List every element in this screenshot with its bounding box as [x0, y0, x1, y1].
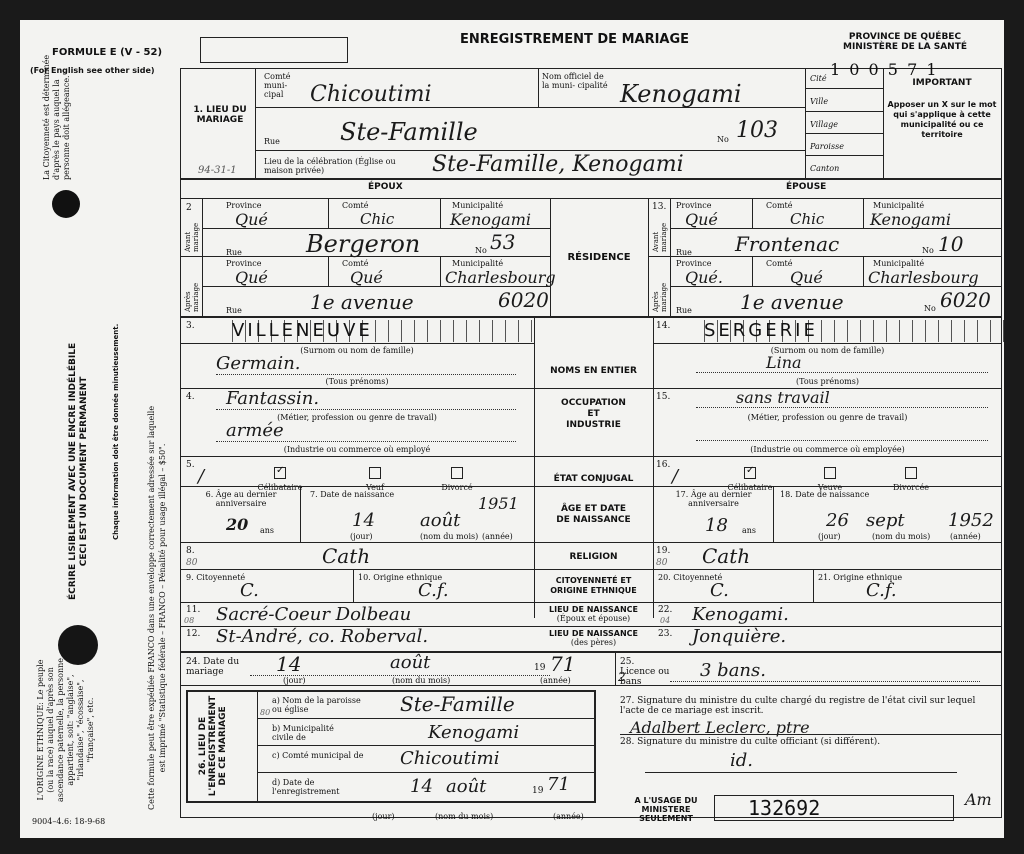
epoux-age-label: 6. Âge au dernier anniversaire [186, 490, 296, 508]
citoyennete-label-1: CITOYENNETÉ ET [534, 576, 653, 586]
checkbox-divorcee[interactable] [905, 467, 917, 479]
date-enregistrement-label: d) Date de l'enregistrement [272, 778, 348, 796]
etat-label: ÉTAT CONJUGAL [534, 474, 653, 484]
date-label: Date de naissance [320, 490, 394, 499]
avant-mariage-label: Avant mariage [184, 212, 200, 252]
epoux-birth-day[interactable]: 14 [352, 510, 375, 531]
divider [805, 88, 883, 89]
divider [805, 155, 883, 156]
type-cite[interactable]: Cité [810, 74, 827, 83]
marriage-registration-form: FORMULE E (V - 52) (For English see othe… [20, 20, 1004, 838]
signature-27-label: 27. Signature du ministre du culte charg… [620, 696, 990, 716]
divider [670, 228, 1002, 229]
checkbox-celibataire[interactable]: ✓ [274, 467, 286, 479]
important-title: IMPORTANT [886, 78, 998, 88]
epouse-lieu-peres[interactable]: Jonquière. [692, 626, 786, 647]
naissance-label: ÂGE ET DATE DE NAISSANCE [534, 504, 653, 526]
epoux-cit-label: 9. Citoyenneté [186, 573, 245, 582]
epoux-avant-comte[interactable]: Chic [360, 210, 394, 228]
epoux-apres-province[interactable]: Qué [235, 268, 268, 287]
comte-value[interactable]: Chicoutimi [310, 82, 432, 107]
epoux-etat-number: 5. [186, 460, 195, 470]
ministere-number: 132692 [748, 796, 820, 820]
epouse-apres-rue[interactable]: 1e avenue [740, 290, 844, 314]
punch-hole-top [52, 190, 80, 218]
divider [180, 316, 1002, 318]
epouse-header: ÉPOUSE [786, 182, 826, 192]
epouse-origine[interactable]: C.f. [866, 580, 897, 601]
divider [805, 68, 806, 178]
divider [257, 745, 596, 746]
epouse-etat-mark: / [672, 466, 678, 487]
divider [300, 486, 301, 542]
epoux-avant-rue[interactable]: Bergeron [306, 230, 420, 258]
divider [863, 256, 864, 286]
option-label: Divorcée [883, 483, 939, 492]
registre-code: 80 [260, 708, 270, 717]
epouse-etat-number: 16. [656, 460, 670, 470]
divider [538, 68, 539, 107]
epouse-lieu-code: 04 [660, 616, 670, 625]
epoux-metier[interactable]: Fantassin. [216, 388, 516, 410]
epouse-names-number: 14. [656, 321, 670, 331]
comte-label: Comté [766, 259, 792, 268]
epouse-option-veuve: Veuve [805, 464, 855, 492]
enregistrement-year[interactable]: 71 [547, 774, 570, 795]
lieu-naissance-label: LIEU DE NAISSANCE [534, 605, 653, 614]
mois-caption: (nom du mois) [392, 676, 450, 685]
province-label: Province [226, 259, 261, 268]
epoux-birth-month[interactable]: août [420, 510, 460, 531]
industrie-caption: (Industrie ou commerce où employée) [653, 445, 1002, 454]
epouse-option-divorcee: Divorcée [883, 464, 939, 492]
divider [752, 256, 753, 286]
divider [440, 198, 441, 228]
ink-note: ÉCRIRE LISIBLEMENT AVEC UNE ENCRE INDÉLÉ… [68, 343, 90, 600]
epoux-lieu-code: 08 [184, 616, 194, 625]
franco-line-1: Cette formule peut être expédiée FRANCO … [146, 406, 157, 810]
cit-label: Citoyenneté [196, 573, 245, 582]
divider [353, 569, 354, 602]
divider [752, 198, 753, 228]
form-title: ENREGISTREMENT DE MARIAGE [460, 32, 689, 47]
annee-caption: (année) [950, 532, 981, 541]
celebration-label: Lieu de la célébration (Église ou maison… [264, 157, 424, 175]
occupation-label: OCCUPATION ET INDUSTRIE [534, 398, 653, 431]
epouse-occupation-number: 15. [656, 392, 670, 402]
divider [615, 653, 616, 685]
age-label: Âge au dernier anniversaire [216, 490, 277, 508]
option-label: Divorcé [432, 483, 482, 492]
epouse-avant-no[interactable]: 10 [938, 232, 963, 256]
divider [180, 685, 1002, 686]
epoux-surname[interactable]: VILLENEUVE [232, 320, 373, 341]
type-ville[interactable]: Ville [810, 97, 828, 106]
divider [645, 772, 957, 773]
epouse-residence-number: 13. [652, 202, 666, 212]
residence-label: RÉSIDENCE [550, 252, 648, 263]
rue-label: Rue [676, 248, 692, 257]
lieu-naissance-label: LIEU DE NAISSANCE [534, 629, 653, 638]
no-label: No [717, 135, 729, 144]
municipalite-label: Municipalité [873, 201, 924, 210]
epoux-citoyennete[interactable]: C. [240, 580, 259, 601]
epoux-lieu-number: 11. [186, 605, 200, 615]
divider [180, 198, 1002, 199]
item-number: 10. [358, 573, 371, 582]
enregistrement-month[interactable]: août [446, 776, 486, 797]
divider [180, 343, 534, 344]
registre-side-label: 26. LIEU DE L'ENREGISTREMENT DE CE MARIA… [198, 692, 228, 800]
epouse-option-celibataire: ✓ Célibataire [720, 464, 780, 492]
jour-caption: (jour) [818, 532, 841, 541]
epoux-option-veuf: Veuf [350, 464, 400, 492]
epoux-apres-comte[interactable]: Qué [350, 268, 383, 287]
divider [670, 198, 671, 316]
epouse-given[interactable]: Lina [696, 353, 988, 373]
epouse-apres-province[interactable]: Qué. [685, 268, 723, 287]
divider [883, 68, 884, 178]
citoyennete-label: CITOYENNETÉ ET ORIGINE ETHNIQUE [534, 576, 653, 596]
important-text: Apposer un X sur le mot qui s'applique à… [886, 100, 998, 140]
nom-officiel-label: Nom officiel de la muni- cipalité [542, 72, 608, 90]
epoux-date-label: 7. Date de naissance [310, 490, 394, 499]
blank-box [200, 37, 348, 63]
divider [180, 486, 1002, 487]
citizenship-note: La Citoyenneté est déterminée d'après le… [42, 40, 72, 180]
epouse-industrie[interactable] [696, 430, 988, 441]
municipalite-civile-value[interactable]: Kenogami [428, 722, 519, 743]
divider [773, 486, 774, 542]
side-number: 94-31-1 [198, 165, 237, 176]
licence-code: 2 [618, 670, 626, 684]
comte-label: Comté [766, 201, 792, 210]
lieu-naissance-epoux-label: LIEU DE NAISSANCE (Époux et épouse) [534, 605, 653, 623]
epoux-lieu-peres[interactable]: St-André, co. Roberval. [216, 626, 428, 647]
epouse-apres-comte[interactable]: Qué [790, 268, 823, 287]
epoux-names-number: 3. [186, 321, 195, 331]
occupation-label-3: INDUSTRIE [534, 420, 653, 431]
epouse-avant-municipalite[interactable]: Kenogami [870, 210, 951, 229]
comte-label: Comté [342, 201, 368, 210]
checkbox-celibataire[interactable]: ✓ [744, 467, 756, 479]
municipalite-label: Municipalité [873, 259, 924, 268]
divider [180, 178, 1002, 180]
annee-caption: (année) [540, 676, 571, 685]
epoux-birth-year[interactable]: 1951 [478, 494, 519, 513]
licence-label: 25. Licence ou bans [620, 657, 670, 687]
lieu-label: 1. LIEU DU MARIAGE [185, 105, 255, 125]
mois-caption: (nom du mois) [872, 532, 930, 541]
epoux-option-celibataire: ✓ Célibataire [250, 464, 310, 492]
epouse-citoyennete[interactable]: C. [710, 580, 729, 601]
apres-mariage-label: Après mariage [184, 262, 200, 312]
rue-label: Rue [264, 137, 280, 146]
item-number: 21. [818, 573, 831, 582]
origin-note: L'ORIGINE ETHNIQUE: Le peuple (ou la rac… [36, 655, 96, 805]
jour-caption: (jour) [283, 676, 306, 685]
epouse-lieu-naissance[interactable]: Kenogami. [692, 604, 789, 625]
epoux-age[interactable]: 20 [226, 515, 248, 534]
epoux-religion-number: 8. [186, 546, 195, 556]
type-village[interactable]: Village [810, 120, 838, 129]
epoux-origine[interactable]: C.f. [418, 580, 449, 601]
epouse-avant-province[interactable]: Qué [685, 210, 718, 229]
no-label: No [475, 246, 487, 255]
annee-caption: (année) [482, 532, 513, 541]
epouse-birth-year[interactable]: 1952 [948, 510, 994, 531]
epoux-avant-municipalite[interactable]: Kenogami [450, 210, 531, 229]
divider [257, 718, 596, 719]
date-mariage-year[interactable]: 71 [550, 652, 575, 676]
checkbox-veuf[interactable] [369, 467, 381, 479]
ministere-initials: Am [965, 790, 992, 809]
divider [255, 150, 805, 151]
no-label: No [924, 304, 936, 313]
divider [180, 651, 1002, 653]
epouse-religion[interactable]: Cath [702, 544, 750, 568]
item-number: 18. [780, 490, 793, 499]
province-label: Province [676, 259, 711, 268]
divider [257, 772, 596, 773]
apres-mariage-label: Après mariage [652, 262, 668, 312]
epoux-given[interactable]: Germain. [216, 353, 516, 375]
epoux-etat-mark: / [198, 466, 204, 487]
celebration-value[interactable]: Ste-Famille, Kenogami [432, 152, 684, 177]
epoux-lieu-naissance[interactable]: Sacré-Coeur Dolbeau [216, 604, 411, 625]
epoux-peres-number: 12. [186, 629, 200, 639]
municipalite-label: Municipalité [452, 259, 503, 268]
ans-label: ans [260, 526, 274, 535]
epouse-metier[interactable]: sans travail [696, 388, 988, 408]
divider [620, 734, 1002, 735]
paroisse-label: a) Nom de la paroisse ou église [272, 696, 368, 714]
ans-label: ans [742, 526, 756, 535]
date-label: Date de naissance [795, 490, 869, 499]
municipalite-civile-label: b) Municipalité civile de [272, 724, 352, 742]
divider [653, 343, 1002, 344]
epouse-avant-comte[interactable]: Chic [790, 210, 824, 228]
item-number: 17. [676, 490, 689, 499]
comte-municipal-value[interactable]: Chicoutimi [400, 748, 499, 769]
divider [648, 198, 649, 316]
epoux-industrie[interactable]: armée [216, 420, 516, 442]
epoux-avant-no[interactable]: 53 [490, 230, 515, 254]
occupation-label-2: ET [534, 409, 653, 420]
citoyennete-label-2: ORIGINE ETHNIQUE [534, 586, 653, 596]
item-number: 20. [658, 573, 671, 582]
nom-officiel-value[interactable]: Kenogami [620, 80, 742, 108]
licence-value[interactable]: 3 bans. [670, 660, 980, 682]
divider [257, 690, 258, 803]
avant-mariage-label: Avant mariage [652, 212, 668, 252]
divider [805, 111, 883, 112]
date-mariage-century: 19 [534, 663, 545, 673]
checkbox-divorce[interactable] [451, 467, 463, 479]
date-mariage-month[interactable]: août [390, 652, 430, 673]
epouse-apres-no[interactable]: 6020 [940, 288, 991, 312]
age-label: Âge au dernier anniversaire [688, 490, 751, 508]
ink-note-line-2: CECI EST UN DOCUMENT PERMANENT [79, 343, 90, 600]
divider [863, 198, 864, 228]
epouse-religion-number: 19. [656, 546, 670, 556]
item-number: 9. [186, 573, 194, 582]
epoux-avant-province[interactable]: Qué [235, 210, 268, 229]
rue-value[interactable]: Ste-Famille [340, 118, 478, 146]
epouse-lieu-number: 22. [658, 605, 672, 615]
epouse-religion-code: 80 [656, 558, 667, 568]
jour-caption: (jour) [372, 812, 395, 821]
given-caption: (Tous prénoms) [653, 377, 1002, 386]
divider [653, 318, 654, 618]
lieu-naissance-sub: (Époux et épouse) [534, 614, 653, 623]
divider [180, 602, 1002, 603]
epoux-religion[interactable]: Cath [322, 544, 370, 568]
province-label: Province [226, 201, 261, 210]
divider [255, 68, 256, 178]
type-paroisse[interactable]: Paroisse [810, 142, 844, 151]
epoux-apres-no[interactable]: 6020 [498, 288, 549, 312]
rue-label: Rue [226, 306, 242, 315]
type-canton[interactable]: Canton [810, 164, 839, 173]
epouse-age-label: 17. Âge au dernier anniversaire [656, 490, 771, 508]
epouse-date-label: 18. Date de naissance [780, 490, 869, 499]
epoux-option-divorce: Divorcé [432, 464, 482, 492]
given-caption: (Tous prénoms) [180, 377, 534, 386]
ministere-label: A L'USAGE DU MINISTERE SEULEMENT [625, 796, 707, 823]
epouse-surname[interactable]: SERGERIE [704, 320, 818, 341]
ministry: MINISTÈRE DE LA SANTÉ [820, 42, 990, 52]
jour-caption: (jour) [350, 532, 373, 541]
divider [328, 256, 329, 286]
code-numbers: 1 0 0 5 7 1 [830, 60, 939, 79]
epoux-apres-rue[interactable]: 1e avenue [310, 290, 414, 314]
divider [440, 256, 441, 286]
epoux-header: ÉPOUX [368, 182, 403, 192]
print-code: 9004–4.6: 18-9-68 [32, 817, 105, 826]
ink-note-line-1: ÉCRIRE LISIBLEMENT AVEC UNE ENCRE INDÉLÉ… [68, 343, 79, 600]
signature-28-value: id. [730, 750, 753, 771]
metier-caption: (Métier, profession ou genre de travail) [653, 413, 1002, 422]
checkbox-veuve[interactable] [824, 467, 836, 479]
divider [180, 569, 1002, 570]
divider [328, 198, 329, 228]
epouse-peres-number: 23. [658, 629, 672, 639]
rue-label: Rue [676, 306, 692, 315]
franco-line-2: est imprimé "Statistique fédérale – FRAN… [157, 406, 168, 810]
province-header: PROVINCE DE QUÉBEC MINISTÈRE DE LA SANTÉ [820, 32, 990, 52]
epouse-birth-month[interactable]: sept [866, 510, 905, 531]
divider [180, 542, 1002, 543]
naissance-label-1: ÂGE ET DATE [534, 504, 653, 515]
date-mariage-label: 24. Date du mariage [186, 657, 246, 677]
info-note: Chaque information doit être donnée minu… [112, 324, 120, 540]
annee-caption: (année) [553, 812, 584, 821]
province-label: Province [676, 201, 711, 210]
divider [813, 569, 814, 602]
epouse-age[interactable]: 18 [705, 515, 728, 536]
industrie-caption: (Industrie ou commerce où employé [180, 445, 534, 454]
province: PROVINCE DE QUÉBEC [820, 32, 990, 42]
occupation-label-1: OCCUPATION [534, 398, 653, 409]
municipalite-label: Municipalité [452, 201, 503, 210]
date-mariage-day[interactable]: 14 [276, 652, 301, 676]
divider [805, 133, 883, 134]
epouse-apres-municipalite[interactable]: Charlesbourg [868, 268, 979, 287]
enregistrement-century: 19 [532, 786, 543, 796]
divider [180, 456, 1002, 457]
comte-label: Comté [342, 259, 368, 268]
epoux-apres-municipalite[interactable]: Charlesbourg [445, 268, 556, 287]
signature-28-label: 28. Signature du ministre du culte offic… [620, 737, 990, 747]
lieu-naissance-peres-label: LIEU DE NAISSANCE (des pères) [534, 629, 653, 647]
epoux-religion-code: 80 [186, 558, 197, 568]
mois-caption: (nom du mois) [435, 812, 493, 821]
comte-municipal-label: c) Comté municipal de [272, 751, 372, 760]
divider [648, 256, 1002, 257]
franco-note: Cette formule peut être expédiée FRANCO … [146, 406, 168, 810]
no-label: No [922, 246, 934, 255]
item-number: 6. [206, 490, 214, 499]
item-number: 7. [310, 490, 318, 499]
naissance-label-2: DE NAISSANCE [534, 515, 653, 526]
mois-caption: (nom du mois) [420, 532, 478, 541]
epouse-avant-rue[interactable]: Frontenac [735, 232, 839, 256]
epouse-birth-day[interactable]: 26 [826, 510, 849, 531]
lieu-naissance-sub: (des pères) [534, 638, 653, 647]
enregistrement-day[interactable]: 14 [410, 776, 433, 797]
epoux-occupation-number: 4. [186, 392, 195, 402]
comte-label: Comté muni- cipal [264, 72, 298, 99]
divider [534, 318, 535, 618]
no-value[interactable]: 103 [736, 118, 778, 143]
divider [202, 198, 203, 316]
paroisse-value[interactable]: Ste-Famille [400, 692, 515, 716]
rue-label: Rue [226, 248, 242, 257]
noms-label: NOMS EN ENTIER [534, 366, 653, 376]
religion-label: RELIGION [534, 552, 653, 562]
